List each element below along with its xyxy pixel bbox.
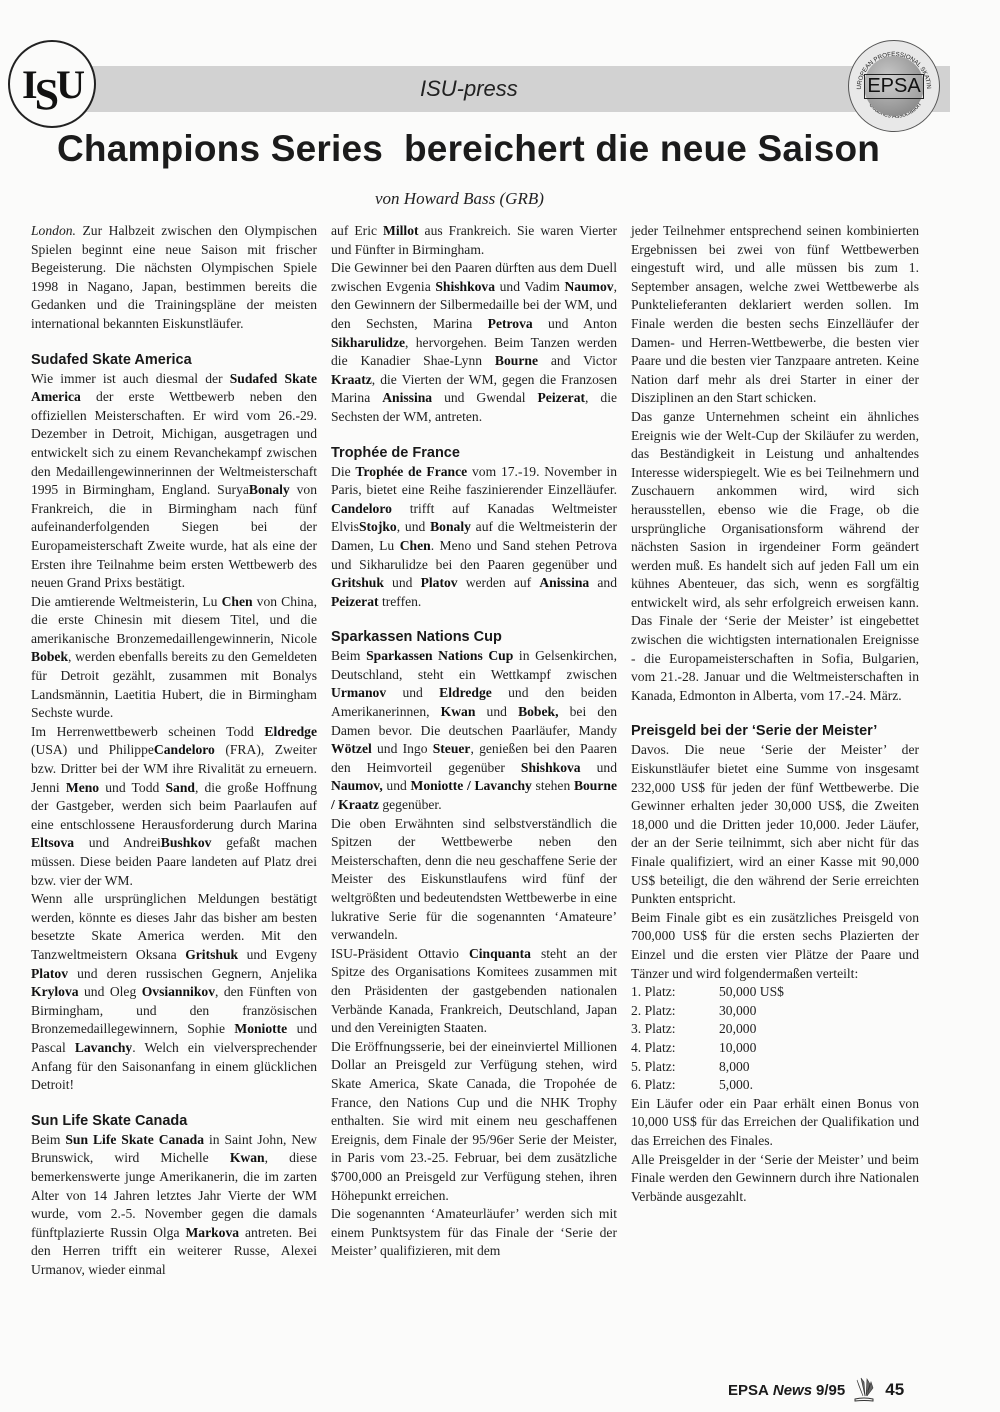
prize-amount: 30,000: [719, 1002, 784, 1021]
bold-name: Petrova: [488, 316, 533, 331]
prize-row: 3. Platz:20,000: [631, 1020, 784, 1039]
article-column-1: London. Zur Halbzeit zwischen den Olympi…: [31, 222, 317, 1279]
bold-name: Urmanov: [331, 685, 386, 700]
bold-name: Bourne: [495, 353, 538, 368]
prize-place: 1. Platz:: [631, 983, 719, 1002]
isu-logo: ISU: [8, 40, 96, 128]
text-run: Die oben Erwähnten sind selbstverständli…: [331, 816, 617, 943]
bold-name: Sun Life Skate Canada: [65, 1132, 204, 1147]
paragraph: Davos. Die neue ‘Serie der Meister’ der …: [631, 741, 919, 908]
text-run: Das ganze Unternehmen scheint ein ähnlic…: [631, 409, 919, 703]
text-run: treffen.: [379, 594, 422, 609]
bold-name: Gritshuk: [331, 575, 384, 590]
prize-place: 3. Platz:: [631, 1020, 719, 1039]
section-heading: Sudafed Skate America: [31, 351, 317, 369]
paragraph: ISU-Präsident Ottavio Cinquanta steht an…: [331, 945, 617, 1038]
prize-place: 4. Platz:: [631, 1039, 719, 1058]
paragraph: jeder Teilnehmer entsprechend seinen kom…: [631, 222, 919, 408]
section-heading: Sun Life Skate Canada: [31, 1112, 317, 1130]
bold-name: Bobek,: [518, 704, 558, 719]
paragraph: Die amtierende Weltmeisterin, Lu Chen vo…: [31, 593, 317, 723]
bold-name: Kwan: [230, 1150, 265, 1165]
skater-icon: [851, 1376, 877, 1404]
bold-name: Stojko: [359, 519, 397, 534]
section-heading: Preisgeld bei der ‘Serie der Meister’: [631, 722, 919, 740]
text-run: und Anton: [533, 316, 617, 331]
text-run: Ein Läufer oder ein Paar erhält einen Bo…: [631, 1096, 919, 1148]
bold-name: Peizerat: [331, 594, 379, 609]
paragraph: Die sogenannten ‘Amateurläufer’ werden s…: [331, 1205, 617, 1261]
bold-name: Shishkova: [435, 279, 495, 294]
bold-name: Chen: [222, 594, 253, 609]
bold-name: Trophée de France: [355, 464, 467, 479]
isu-logo-letter: S: [35, 69, 56, 120]
text-run: Die: [331, 464, 355, 479]
text-run: und Vadim: [495, 279, 564, 294]
bold-name: Platov: [31, 966, 68, 981]
text-run: , werden ebenfalls bereits zu den Gemeld…: [31, 649, 317, 720]
footer-publication: EPSA: [728, 1382, 769, 1399]
prize-row: 4. Platz:10,000: [631, 1039, 784, 1058]
text-run: und: [383, 778, 411, 793]
text-run: und Ingo: [372, 741, 433, 756]
bold-name: Chen: [400, 538, 431, 553]
paragraph: Wie immer ist auch diesmal der Sudafed S…: [31, 370, 317, 593]
paragraph: Die Trophée de France vom 17.-19. Novemb…: [331, 463, 617, 612]
bold-name: Bobek: [31, 649, 68, 664]
bold-name: Sparkassen Nations Cup: [366, 648, 513, 663]
paragraph: Wenn alle ursprünglichen Meldungen bestä…: [31, 890, 317, 1095]
bold-name: Bonaly: [430, 519, 471, 534]
text-run: (USA) und Philippe: [31, 742, 154, 757]
text-run: Alle Preisgelder in der ‘Serie der Meist…: [631, 1152, 919, 1204]
text-run: Im Herrenwettbewerb scheinen Todd: [31, 724, 264, 739]
text-run: stehen: [532, 778, 574, 793]
paragraph: Beim Finale gibt es ein zusätzliches Pre…: [631, 909, 919, 983]
paragraph: auf Eric Millot aus Frankreich. Sie ware…: [331, 222, 617, 259]
bold-name: Meno: [66, 780, 99, 795]
page-footer: EPSA News 9/95 45: [728, 1376, 904, 1404]
section-heading: Sparkassen Nations Cup: [331, 628, 617, 646]
prize-place: 6. Platz:: [631, 1076, 719, 1095]
bold-name: Gritshuk: [185, 947, 238, 962]
text-run: and Victor: [538, 353, 617, 368]
headline: Champions Series bereichert die neue Sai…: [57, 128, 957, 170]
text-run: und Oleg: [79, 984, 142, 999]
paragraph: Die Gewinner bei den Paaren dürften aus …: [331, 259, 617, 426]
bold-name: Wötzel: [331, 741, 372, 756]
text-run: und Gwendal: [432, 390, 537, 405]
footer-publication-news: News: [773, 1382, 812, 1399]
prize-row: 1. Platz:50,000 US$: [631, 983, 784, 1002]
text-run: und Todd: [99, 780, 165, 795]
prize-amount: 20,000: [719, 1020, 784, 1039]
bold-name: Sikharulidze: [331, 335, 405, 350]
text-run: Die Eröffnungsserie, bei der eineinviert…: [331, 1039, 617, 1203]
bold-name: Candeloro: [154, 742, 215, 757]
text-run: und: [384, 575, 421, 590]
bold-name: Bonaly: [249, 482, 290, 497]
text-run: und: [475, 704, 518, 719]
text-run: Die sogenannten ‘Amateurläufer’ werden s…: [331, 1206, 617, 1258]
byline: von Howard Bass (GRB): [375, 189, 544, 209]
bold-name: Shishkova: [521, 760, 581, 775]
bold-name: Kwan: [441, 704, 476, 719]
paragraph: Alle Preisgelder in der ‘Serie der Meist…: [631, 1151, 919, 1207]
prize-amount: 8,000: [719, 1058, 784, 1077]
prize-table: 1. Platz:50,000 US$2. Platz:30,0003. Pla…: [631, 983, 784, 1095]
text-run: Beim Finale gibt es ein zusätzliches Pre…: [631, 910, 919, 981]
text-run: Beim: [331, 648, 366, 663]
text-run: von Frankreich, die in Birmingham nach f…: [31, 482, 317, 590]
bold-name: Naumov: [564, 279, 613, 294]
prize-place: 2. Platz:: [631, 1002, 719, 1021]
dateline: London.: [31, 223, 76, 238]
paragraph: Im Herrenwettbewerb scheinen Todd Eldred…: [31, 723, 317, 890]
text-run: der erste Wettbewerb neben den offiziell…: [31, 389, 317, 497]
article-column-3: jeder Teilnehmer entsprechend seinen kom…: [631, 222, 919, 1206]
paragraph: Das ganze Unternehmen scheint ein ähnlic…: [631, 408, 919, 706]
prize-row: 6. Platz:5,000.: [631, 1076, 784, 1095]
bold-name: Platov: [421, 575, 458, 590]
bold-name: Bushkov: [161, 835, 212, 850]
epsa-logo-center: EPSA: [864, 56, 924, 116]
text-run: und: [386, 685, 439, 700]
section-label: ISU-press: [420, 76, 518, 102]
epsa-logo-text: EPSA: [864, 74, 923, 99]
prize-place: 5. Platz:: [631, 1058, 719, 1077]
bold-name: Candeloro: [331, 501, 392, 516]
text-run: ISU-Präsident Ottavio: [331, 946, 469, 961]
bold-name: Eldredge: [439, 685, 492, 700]
article-column-2: auf Eric Millot aus Frankreich. Sie ware…: [331, 222, 617, 1261]
bold-name: Anissina: [382, 390, 432, 405]
bold-name: Eldredge: [264, 724, 317, 739]
isu-logo-letter: U: [56, 61, 82, 108]
prize-row: 5. Platz:8,000: [631, 1058, 784, 1077]
footer-issue: 9/95: [816, 1382, 845, 1399]
prize-amount: 50,000 US$: [719, 983, 784, 1002]
page-number: 45: [885, 1380, 904, 1400]
prize-amount: 5,000.: [719, 1076, 784, 1095]
bold-name: Peizerat: [537, 390, 585, 405]
bold-name: Moniotte / Lavanchy: [410, 778, 531, 793]
bold-name: Ovsiannikov: [142, 984, 215, 999]
bold-name: Sand: [165, 780, 194, 795]
text-run: Wie immer ist auch diesmal der: [31, 371, 230, 386]
bold-name: Anissina: [539, 575, 589, 590]
bold-name: Kraatz: [331, 372, 372, 387]
text-run: auf Eric: [331, 223, 383, 238]
text-run: und Evgeny: [238, 947, 317, 962]
bold-name: Naumov,: [331, 778, 383, 793]
prize-row: 2. Platz:30,000: [631, 1002, 784, 1021]
section-heading: Trophée de France: [331, 444, 617, 462]
text-run: gegenüber.: [379, 797, 442, 812]
isu-logo-letter: I: [22, 61, 35, 108]
text-run: Beim: [31, 1132, 65, 1147]
text-run: Die amtierende Weltmeisterin, Lu: [31, 594, 222, 609]
text-run: und: [581, 760, 617, 775]
paragraph: Die Eröffnungsserie, bei der eineinviert…: [331, 1038, 617, 1205]
text-run: werden auf: [458, 575, 540, 590]
bold-name: Krylova: [31, 984, 79, 999]
paragraph: Ein Läufer oder ein Paar erhält einen Bo…: [631, 1095, 919, 1151]
text-run: Davos. Die neue ‘Serie der Meister’ der …: [631, 742, 919, 906]
text-run: and: [589, 575, 617, 590]
bold-name: Eltsova: [31, 835, 74, 850]
bold-name: Moniotte: [234, 1021, 287, 1036]
text-run: , und: [397, 519, 430, 534]
paragraph: Die oben Erwähnten sind selbstverständli…: [331, 815, 617, 945]
text-run: und Andrei: [74, 835, 161, 850]
bold-name: Millot: [383, 223, 419, 238]
bold-name: Markova: [185, 1225, 239, 1240]
paragraph: Beim Sparkassen Nations Cup in Gelsenkir…: [331, 647, 617, 814]
text-run: jeder Teilnehmer entsprechend seinen kom…: [631, 223, 919, 405]
text-run: Zur Halbzeit zwischen den Olympischen Sp…: [31, 223, 317, 331]
prize-amount: 10,000: [719, 1039, 784, 1058]
bold-name: Lavanchy: [75, 1040, 132, 1055]
paragraph: London. Zur Halbzeit zwischen den Olympi…: [31, 222, 317, 334]
bold-name: Cinquanta: [469, 946, 531, 961]
text-run: und deren russischen Gegnern, Anjelika: [68, 966, 317, 981]
bold-name: Steuer: [433, 741, 471, 756]
paragraph: Beim Sun Life Skate Canada in Saint John…: [31, 1131, 317, 1280]
epsa-logo: EUROPEAN PROFESSIONAL SKATING Coaches As…: [848, 40, 940, 132]
